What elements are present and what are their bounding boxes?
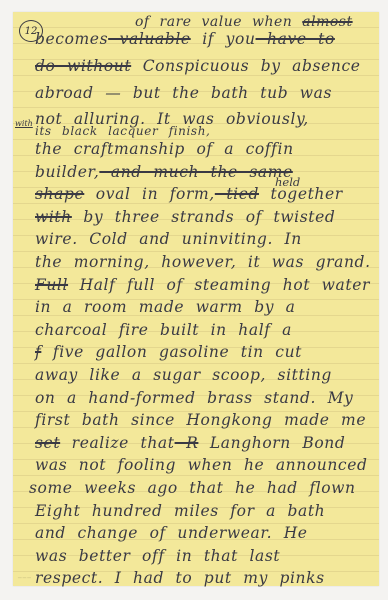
manuscript-line: builder, and much the same xyxy=(35,163,388,181)
line-text: Eight hundred miles for a bath xyxy=(35,502,325,520)
line-text: Half full of steaming hot water xyxy=(68,276,370,294)
struck-text: valuable xyxy=(108,30,191,48)
struck-text: have to xyxy=(256,30,335,48)
manuscript-line: with by three strands of twisted xyxy=(35,208,388,226)
struck-text: Full xyxy=(35,276,68,294)
line-text: first bath since Hongkong made me xyxy=(35,411,366,429)
manuscript-line: the craftmanship of a coffin xyxy=(35,140,388,158)
manuscript-line: was not fooling when he announced xyxy=(35,456,388,474)
line-text: respect. I had to put my pinks xyxy=(35,569,325,587)
line-text: Conspicuous by absence xyxy=(131,57,360,75)
line-text: on a hand-formed brass stand. My xyxy=(35,389,353,407)
manuscript-line: Full Half full of steaming hot water xyxy=(35,276,388,294)
line-text: if you xyxy=(191,30,256,48)
line-text: realize that xyxy=(60,434,174,452)
manuscript-line: charcoal fire built in half a xyxy=(35,321,388,339)
paper-watermark: ─── xyxy=(18,575,32,582)
manuscript-line: set realize that R Langhorn Bond xyxy=(35,434,388,452)
line-text: was not fooling when he announced xyxy=(35,456,368,474)
struck-text: tied xyxy=(215,185,259,203)
manuscript-line: some weeks ago that he had flown xyxy=(29,479,388,497)
line-text: wire. Cold and uninviting. In xyxy=(35,230,302,248)
line-text: the morning, however, it was grand. xyxy=(35,253,371,271)
line-text: abroad — but the bath tub was xyxy=(35,84,332,102)
line-text: by three strands of twisted xyxy=(72,208,336,226)
manuscript-page: 12 of rare value when almost held with b… xyxy=(13,12,379,586)
line-text: the craftmanship of a coffin xyxy=(35,140,294,158)
line-text: and change of underwear. He xyxy=(35,524,308,542)
line-text: some weeks ago that he had flown xyxy=(29,479,356,497)
struck-text: set xyxy=(35,434,60,452)
manuscript-line: its black lacquer finish, xyxy=(35,124,388,138)
line-text: away like a sugar scoop, sitting xyxy=(35,366,332,384)
line-text: oval in form, xyxy=(84,185,215,203)
struck-text: do without xyxy=(35,57,131,75)
struck-text: R xyxy=(175,434,199,452)
struck-text: shape xyxy=(35,185,84,203)
manuscript-line: shape oval in form, tied together xyxy=(35,185,388,203)
line-text: builder, xyxy=(35,163,99,181)
manuscript-line: away like a sugar scoop, sitting xyxy=(35,366,388,384)
line-text: was better off in that last xyxy=(35,547,280,565)
manuscript-line: Eight hundred miles for a bath xyxy=(35,502,388,520)
line-text: charcoal fire built in half a xyxy=(35,321,292,339)
line-text: five gallon gasoline tin cut xyxy=(41,343,302,361)
manuscript-line: f five gallon gasoline tin cut xyxy=(35,343,388,361)
line-text: its black lacquer finish, xyxy=(35,124,210,138)
manuscript-line: in a room made warm by a xyxy=(35,298,388,316)
line-text: in a room made warm by a xyxy=(35,298,295,316)
line-text: Langhorn Bond xyxy=(198,434,345,452)
manuscript-line: respect. I had to put my pinks xyxy=(35,569,388,587)
struck-text: with xyxy=(35,208,72,226)
manuscript-line: first bath since Hongkong made me xyxy=(35,411,388,429)
manuscript-line: wire. Cold and uninviting. In xyxy=(35,230,388,248)
manuscript-line: and change of underwear. He xyxy=(35,524,388,542)
struck-text: and much the same xyxy=(99,163,292,181)
line-text: becomes xyxy=(35,30,108,48)
insertion-top: of rare value when almost xyxy=(135,14,353,30)
margin-note: with xyxy=(15,119,33,128)
insertion-struck: almost xyxy=(302,14,352,30)
manuscript-line: was better off in that last xyxy=(35,547,388,565)
manuscript-line: abroad — but the bath tub was xyxy=(35,84,388,102)
insertion-text: of rare value when xyxy=(135,14,292,30)
line-text: together xyxy=(259,185,343,203)
manuscript-line: becomes valuable if you have to xyxy=(35,30,388,48)
manuscript-line: the morning, however, it was grand. xyxy=(35,253,388,271)
manuscript-line: do without Conspicuous by absence xyxy=(35,57,388,75)
manuscript-line: on a hand-formed brass stand. My xyxy=(35,389,388,407)
